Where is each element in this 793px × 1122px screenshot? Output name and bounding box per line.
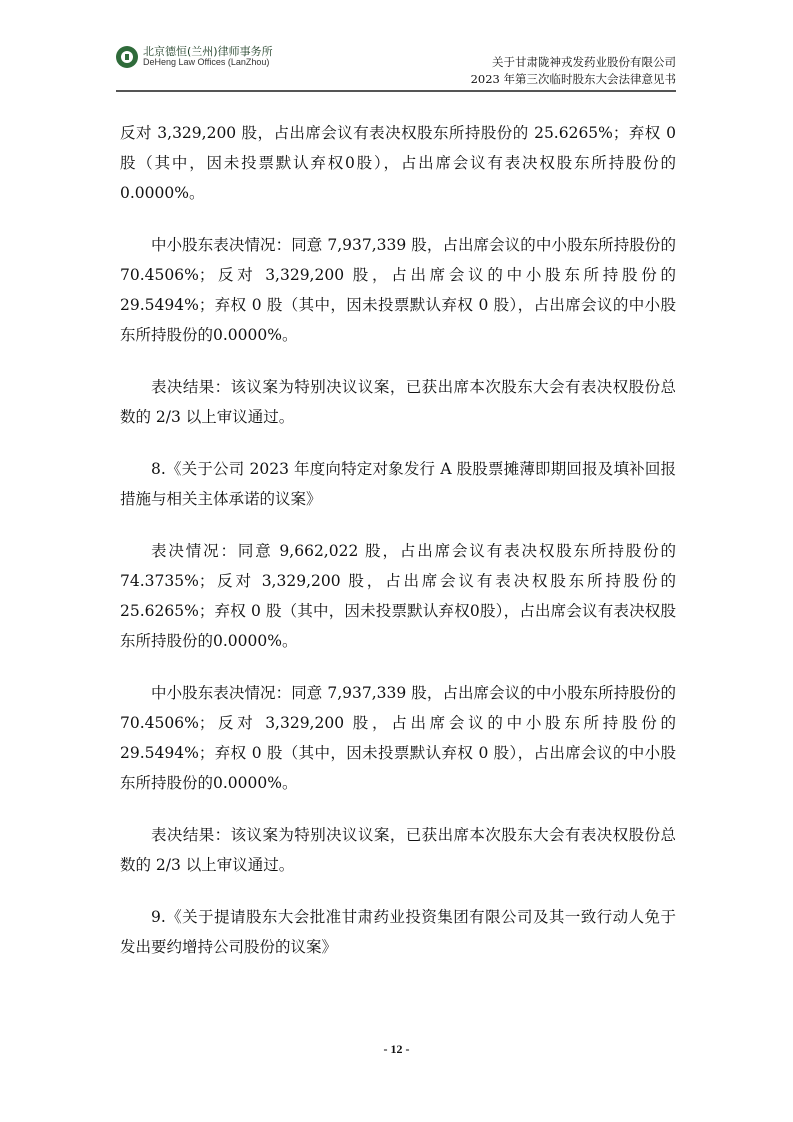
resolution-heading: 9.《关于提请股东大会批准甘肃药业投资集团有限公司及其一致行动人免于发出要约增持… [120, 902, 676, 962]
document-title-line2: 2023 年第三次临时股东大会法律意见书 [471, 71, 676, 88]
resolution-heading: 8.《关于公司 2023 年度向特定对象发行 A 股股票摊薄即期回报及填补回报措… [120, 454, 676, 514]
document-body: 反对 3,329,200 股，占出席会议有表决权股东所持股份的 25.6265%… [120, 118, 676, 984]
header-divider [116, 90, 676, 92]
paragraph: 中小股东表决情况：同意 7,937,339 股，占出席会议的中小股东所持股份的7… [120, 678, 676, 798]
paragraph: 反对 3,329,200 股，占出席会议有表决权股东所持股份的 25.6265%… [120, 118, 676, 208]
document-title: 关于甘肃陇神戎发药业股份有限公司 2023 年第三次临时股东大会法律意见书 [471, 54, 676, 88]
page-header: 北京德恒(兰州)律师事务所 DeHeng Law Offices (LanZho… [116, 44, 676, 90]
page-number: - 12 - [0, 1042, 793, 1057]
firm-emblem-icon [116, 46, 138, 68]
paragraph: 表决结果：该议案为特别决议议案，已获出席本次股东大会有表决权股份总数的 2/3 … [120, 820, 676, 880]
document-title-line1: 关于甘肃陇神戎发药业股份有限公司 [471, 54, 676, 71]
paragraph: 中小股东表决情况：同意 7,937,339 股，占出席会议的中小股东所持股份的7… [120, 230, 676, 350]
firm-name-en: DeHeng Law Offices (LanZhou) [143, 58, 273, 68]
law-firm-logo: 北京德恒(兰州)律师事务所 DeHeng Law Offices (LanZho… [116, 46, 273, 68]
paragraph: 表决情况：同意 9,662,022 股，占出席会议有表决权股东所持股份的 74.… [120, 536, 676, 656]
paragraph: 表决结果：该议案为特别决议议案，已获出席本次股东大会有表决权股份总数的 2/3 … [120, 372, 676, 432]
